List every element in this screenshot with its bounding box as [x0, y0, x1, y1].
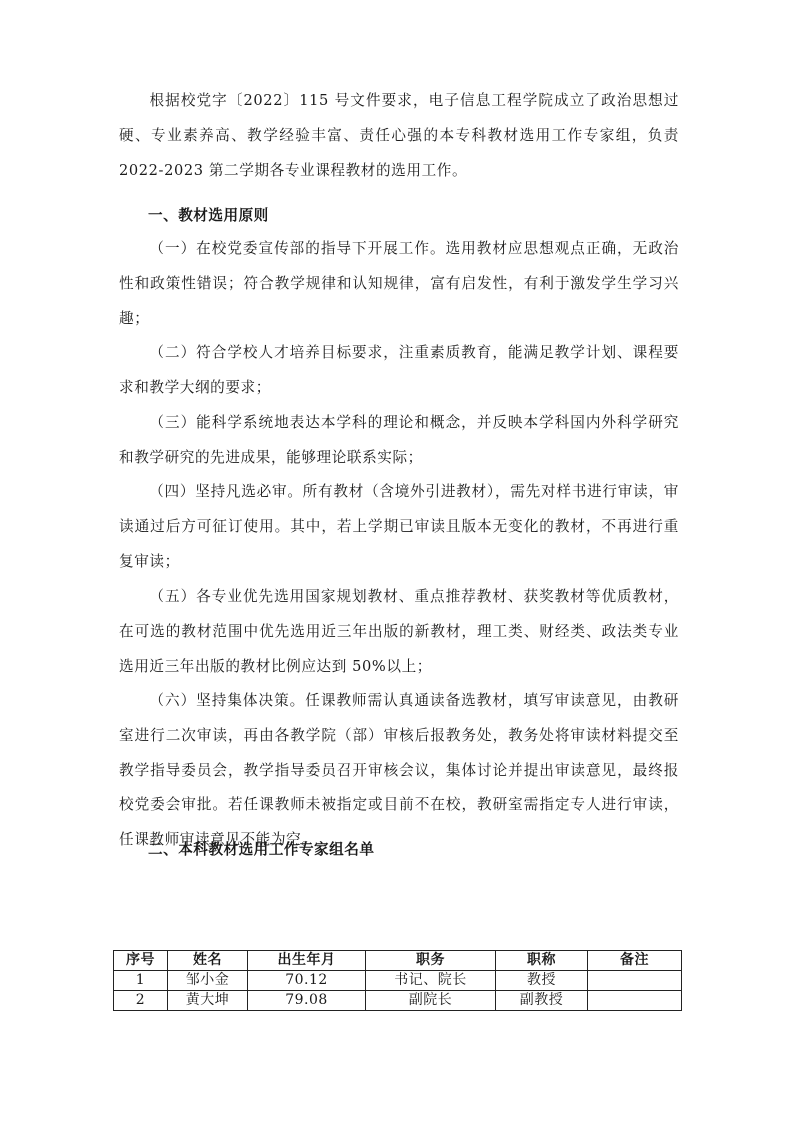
cell-index: 1 — [114, 971, 168, 991]
cell-name: 邹小金 — [168, 971, 248, 991]
table-header-row: 序号 姓名 出生年月 职务 职称 备注 — [114, 951, 682, 971]
intro-paragraph: 根据校党字〔2022〕115 号文件要求，电子信息工程学院成立了政治思想过硬、专… — [119, 84, 679, 188]
principle-text: （六）坚持集体决策。任课教师需认真通读备选教材，填写审读意见，由教研室进行二次审… — [119, 692, 679, 848]
principle-item-2: （二）符合学校人才培养目标要求，注重素质教育，能满足教学计划、课程要求和教学大纲… — [119, 336, 679, 406]
cell-remarks — [588, 971, 682, 991]
cell-position: 书记、院长 — [366, 971, 496, 991]
principle-item-3: （三）能科学系统地表达本学科的理论和概念，并反映本学科国内外科学研究和教学研究的… — [119, 406, 679, 476]
header-title: 职称 — [496, 951, 588, 971]
principle-text: （四）坚持凡选必审。所有教材（含境外引进教材），需先对样书进行审读，审读通过后方… — [119, 483, 679, 570]
cell-position: 副院长 — [366, 991, 496, 1011]
section2-heading: 二、本科教材选用工作专家组名单 — [148, 840, 374, 860]
principle-item-5: （五）各专业优先选用国家规划教材、重点推荐教材、获奖教材等优质教材，在可选的教材… — [119, 580, 679, 684]
expert-list-table: 序号 姓名 出生年月 职务 职称 备注 1 邹小金 70.12 书记、院长 教授… — [113, 950, 682, 1011]
section1-heading: 一、教材选用原则 — [148, 206, 269, 226]
principle-text: （一）在校党委宣传部的指导下开展工作。选用教材应思想观点正确，无政治性和政策性错… — [119, 240, 679, 327]
table-row: 1 邹小金 70.12 书记、院长 教授 — [114, 971, 682, 991]
header-birth: 出生年月 — [248, 951, 366, 971]
intro-text: 根据校党字〔2022〕115 号文件要求，电子信息工程学院成立了政治思想过硬、专… — [119, 92, 679, 179]
cell-birth: 79.08 — [248, 991, 366, 1011]
principle-text: （三）能科学系统地表达本学科的理论和概念，并反映本学科国内外科学研究和教学研究的… — [119, 414, 679, 466]
principle-item-6: （六）坚持集体决策。任课教师需认真通读备选教材，填写审读意见，由教研室进行二次审… — [119, 684, 679, 858]
header-remarks: 备注 — [588, 951, 682, 971]
cell-remarks — [588, 991, 682, 1011]
cell-name: 黄大坤 — [168, 991, 248, 1011]
table-row: 2 黄大坤 79.08 副院长 副教授 — [114, 991, 682, 1011]
header-name: 姓名 — [168, 951, 248, 971]
cell-title: 副教授 — [496, 991, 588, 1011]
principle-item-1: （一）在校党委宣传部的指导下开展工作。选用教材应思想观点正确，无政治性和政策性错… — [119, 232, 679, 336]
principle-text: （五）各专业优先选用国家规划教材、重点推荐教材、获奖教材等优质教材，在可选的教材… — [119, 588, 679, 675]
header-index: 序号 — [114, 951, 168, 971]
cell-index: 2 — [114, 991, 168, 1011]
cell-title: 教授 — [496, 971, 588, 991]
header-position: 职务 — [366, 951, 496, 971]
principle-item-4: （四）坚持凡选必审。所有教材（含境外引进教材），需先对样书进行审读，审读通过后方… — [119, 475, 679, 579]
principle-text: （二）符合学校人才培养目标要求，注重素质教育，能满足教学计划、课程要求和教学大纲… — [119, 344, 679, 396]
cell-birth: 70.12 — [248, 971, 366, 991]
document-page: 根据校党字〔2022〕115 号文件要求，电子信息工程学院成立了政治思想过硬、专… — [0, 0, 793, 1122]
